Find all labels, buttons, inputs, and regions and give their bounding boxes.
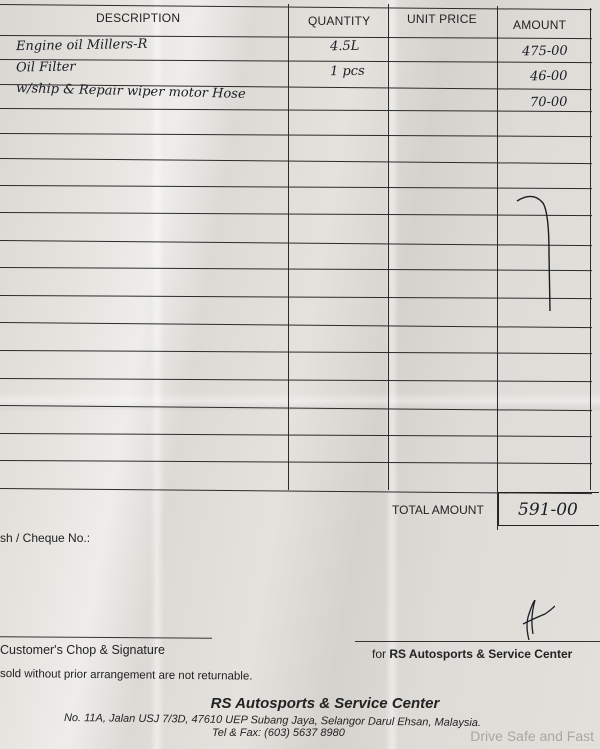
table-row-line bbox=[0, 212, 592, 216]
table-column-line bbox=[288, 4, 289, 490]
table-row-line bbox=[0, 59, 592, 63]
invoice-table: DESCRIPTION QUANTITY UNIT PRICE AMOUNT E… bbox=[0, 0, 592, 490]
header-amount: AMOUNT bbox=[513, 18, 566, 32]
customer-signature-line bbox=[0, 636, 212, 638]
table-row-line bbox=[0, 185, 592, 189]
table-row-line bbox=[0, 133, 592, 137]
total-amount-value: 591-00 bbox=[518, 500, 578, 520]
table-column-line bbox=[388, 4, 389, 490]
header-description: DESCRIPTION bbox=[96, 11, 180, 25]
returns-notice: sold without prior arrangement are not r… bbox=[0, 668, 253, 683]
footer-company-name: RS Autosports & Service Center bbox=[0, 695, 600, 712]
item-description: Oil Filter bbox=[16, 59, 76, 75]
handwritten-bracket-mark bbox=[515, 193, 555, 313]
table-row-line bbox=[0, 378, 592, 382]
company-name-signature: RS Autosports & Service Center bbox=[389, 647, 572, 661]
table-row-line bbox=[0, 460, 592, 464]
item-amount: 46-00 bbox=[530, 69, 568, 85]
table-row-line bbox=[0, 240, 592, 246]
table-column-line bbox=[497, 6, 498, 530]
table-row-line bbox=[0, 350, 592, 354]
company-signature-line bbox=[355, 641, 600, 642]
item-quantity: 1 pcs bbox=[330, 64, 365, 80]
table-row-line bbox=[0, 267, 592, 271]
item-amount: 70-00 bbox=[530, 95, 568, 111]
item-description: Engine oil Millers-R bbox=[16, 37, 148, 54]
watermark: Drive Safe and Fast bbox=[470, 728, 594, 744]
table-row-line bbox=[0, 405, 592, 411]
table-row-line bbox=[0, 4, 592, 10]
table-row-line bbox=[0, 433, 592, 437]
company-signature-label: for RS Autosports & Service Center bbox=[372, 647, 572, 661]
footer-tel-fax: Tel & Fax: (603) 5637 8980 bbox=[212, 727, 345, 739]
table-row-line bbox=[0, 295, 592, 299]
total-amount-label: TOTAL AMOUNT bbox=[392, 503, 484, 517]
header-quantity: QUANTITY bbox=[308, 14, 370, 28]
table-row-line bbox=[0, 108, 592, 112]
header-unit-price: UNIT PRICE bbox=[407, 12, 477, 26]
company-signature bbox=[515, 600, 555, 642]
table-column-line bbox=[590, 8, 591, 490]
table-row-line bbox=[0, 322, 592, 328]
table-row-line bbox=[0, 158, 592, 164]
item-amount: 475-00 bbox=[522, 44, 568, 60]
cash-cheque-label: sh / Cheque No.: bbox=[0, 531, 90, 545]
customer-signature-label: Customer's Chop & Signature bbox=[0, 643, 165, 657]
item-quantity: 4.5L bbox=[330, 39, 360, 55]
for-prefix: for bbox=[372, 647, 386, 661]
